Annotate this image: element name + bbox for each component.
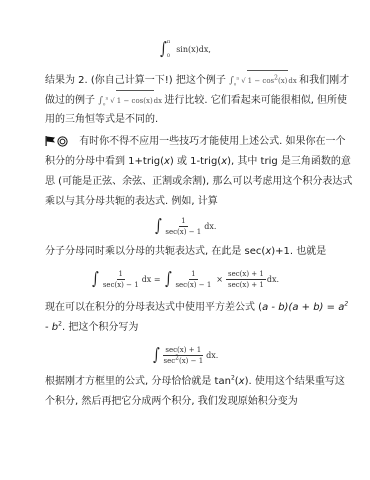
note-line-1: 有时你不得不应用一些技巧才能使用上述公式. 如果你在一个 (45, 132, 335, 152)
differential: dx. (206, 351, 218, 360)
text: ) 或 1-trig( (170, 156, 221, 167)
text: 有时你不得不应用一些技巧才能使用上述公式. 如果你在一个 (79, 136, 345, 147)
text: ), 其中 trig 是三角函数的意 (227, 156, 351, 167)
text: . 把这个积分写为 (62, 322, 138, 333)
formula: a - b)(a + b) = a (262, 302, 344, 313)
fraction: sec(x) + 1 sec2(x) − 1 (162, 346, 206, 365)
superscript: 2 (344, 301, 348, 308)
integral-lower-limit: 0 (167, 53, 170, 59)
fraction-rhs-1: 1 sec(x) − 1 (173, 270, 213, 289)
inline-math-sqrt-1-cos2: ∫0π √1 − cos2(x)dx (229, 77, 299, 85)
paragraph-4-line-2: 个积分, 然后再把它分成两个积分, 我们发现原始积分变为 (45, 392, 335, 412)
paragraph-3-line-2: - b2. 把这个积分写为 (45, 318, 335, 338)
display-equation-sin-integral: ∫ π 0 sin(x)dx, (0, 36, 370, 62)
note-line-4: 乘以与其分母共轭的表达式. 例如, 计算 (45, 192, 335, 212)
equals-text: dx = (142, 275, 161, 284)
integral-upper-limit: π (167, 39, 170, 45)
display-equation-sec-squared: ∫ sec(x) + 1 sec2(x) − 1 dx. (0, 340, 370, 370)
text: 积分的分母中看到 1+trig( (45, 156, 164, 167)
paragraph-4-line-1: 根据刚才方框里的公式, 分母恰恰就是 tan2(x). 使用这个结果重写这 (45, 372, 335, 392)
note-icons (45, 136, 68, 147)
text: 用的三角恒等式是不同的. (45, 114, 158, 125)
inline-math-sqrt-1-cos: ∫0π √1 − cos(x)dx (98, 97, 164, 105)
flag-icon (45, 136, 56, 146)
text: 现在可以在积分的分母表达式中使用平方差公式 ( (45, 302, 262, 313)
target-icon (57, 136, 68, 147)
text: 根据刚才方框里的公式, 分母恰恰就是 tan (45, 376, 231, 387)
text: 做过的例子 (45, 95, 95, 106)
differential: dx. (204, 222, 216, 231)
differential: dx. (267, 275, 279, 284)
text: )+1. 也就是 (271, 246, 326, 257)
paragraph-2-line-1: 分子分母同时乘以分母的共轭表达式, 在此是 sec(x)+1. 也就是 (45, 242, 335, 262)
text: 进行比较. 它们看起来可能很相似, 但所使 (164, 95, 347, 106)
integral-sign: ∫ (153, 347, 160, 364)
text: 个积分, 然后再把它分成两个积分, 我们发现原始积分变为 (45, 396, 298, 407)
display-equation-conjugate: ∫ 1 sec(x) − 1 dx = ∫ 1 sec(x) − 1 × sec… (0, 264, 370, 294)
integral-limits: π 0 (167, 39, 170, 59)
integral-sign: ∫ (165, 271, 172, 288)
display-equation-1-over-sec-minus-1: ∫ 1 sec(x) − 1 dx. (0, 212, 370, 240)
text: 思 (可能是正弦、余弦、正割或余割), 那么可以考虑用这个积分表达式 (45, 176, 352, 187)
paragraph-1-line-3: 用的三角恒等式是不同的. (45, 110, 335, 130)
fraction: 1 sec(x) − 1 (163, 217, 203, 236)
text: 结果为 2. (你自己计算一下!) 把这个例子 (45, 75, 226, 86)
integral-sign: ∫ (155, 218, 162, 235)
paragraph-3-line-1: 现在可以在积分的分母表达式中使用平方差公式 (a - b)(a + b) = a… (45, 298, 335, 318)
integral-sign: ∫ (160, 41, 167, 58)
text: 分子分母同时乘以分母的共轭表达式, 在此是 sec( (45, 246, 265, 257)
text: 和我们刚才 (299, 75, 349, 86)
text: ). 使用这个结果重写这 (245, 376, 345, 387)
document-page: ∫ π 0 sin(x)dx, 结果为 2. (你自己计算一下!) 把这个例子 … (0, 0, 370, 480)
note-line-2: 积分的分母中看到 1+trig(x) 或 1-trig(x), 其中 trig … (45, 152, 335, 172)
note-line-3: 思 (可能是正弦、余弦、正割或余割), 那么可以考虑用这个积分表达式 (45, 172, 335, 192)
integral-sign: ∫ (92, 271, 99, 288)
text: - (45, 322, 52, 333)
fraction-rhs-2: sec(x) + 1 sec(x) + 1 (226, 270, 266, 289)
text: 乘以与其分母共轭的表达式. 例如, 计算 (45, 196, 218, 207)
integrand: sin(x)dx, (176, 45, 211, 54)
times-sign: × (216, 275, 223, 284)
fraction-lhs: 1 sec(x) − 1 (101, 270, 141, 289)
